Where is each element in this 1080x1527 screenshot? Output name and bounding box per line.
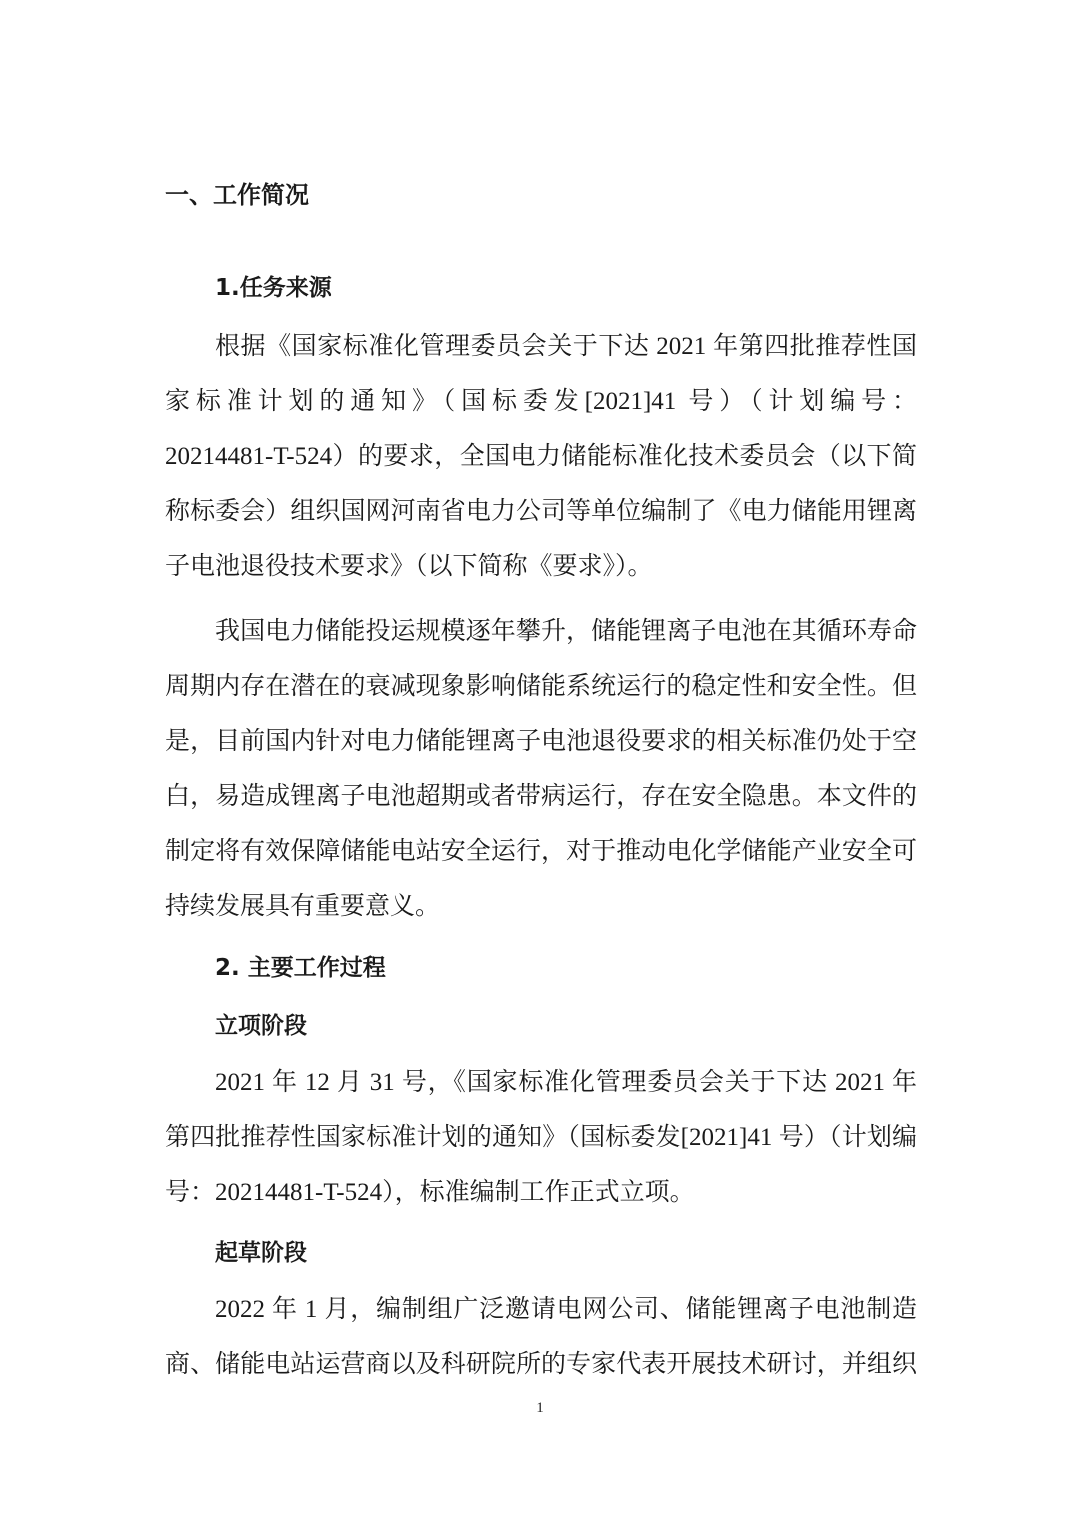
paragraph-line: 号：20214481-T-524），标准编制工作正式立项。: [165, 1178, 917, 1208]
paragraph-line: 制定将有效保障储能电站安全运行，对于推动电化学储能产业安全可: [165, 837, 917, 867]
paragraph-line: 家标准计划的通知》（国标委发[2021]41 号）（计划编号：: [165, 387, 917, 417]
paragraph-line: 称标委会）组织国网河南省电力公司等单位编制了《电力储能用锂离: [165, 497, 917, 527]
subsection-heading-task-source: 1.任务来源: [215, 273, 917, 303]
stage-heading-drafting: 起草阶段: [215, 1238, 917, 1268]
document-page: 一、工作简况 1.任务来源 根据《国家标准化管理委员会关于下达 2021 年第四…: [0, 0, 1080, 1527]
paragraph-line: 是，目前国内针对电力储能锂离子电池退役要求的相关标准仍处于空: [165, 727, 917, 757]
page-number: 1: [530, 1400, 550, 1417]
paragraph-line: 周期内存在潜在的衰减现象影响储能系统运行的稳定性和安全性。但: [165, 672, 917, 702]
paragraph-line: 白，易造成锂离子电池超期或者带病运行，存在安全隐患。本文件的: [165, 782, 917, 812]
paragraph-line: 商、储能电站运营商以及科研院所的专家代表开展技术研讨，并组织: [165, 1350, 917, 1380]
subsection-heading-main-process: 2. 主要工作过程: [215, 953, 917, 983]
paragraph-line: 第四批推荐性国家标准计划的通知》（国标委发[2021]41 号）（计划编: [165, 1123, 917, 1153]
paragraph-line: 根据《国家标准化管理委员会关于下达 2021 年第四批推荐性国: [215, 332, 917, 362]
paragraph-line: 子电池退役技术要求》（以下简称《要求》）。: [165, 552, 917, 582]
paragraph-line: 2022 年 1 月，编制组广泛邀请电网公司、储能锂离子电池制造: [215, 1295, 917, 1325]
paragraph-line: 持续发展具有重要意义。: [165, 892, 917, 922]
stage-heading-approval: 立项阶段: [215, 1011, 917, 1041]
paragraph-line: 2021 年 12 月 31 号，《国家标准化管理委员会关于下达 2021 年: [215, 1068, 917, 1098]
section-heading: 一、工作简况: [165, 180, 917, 210]
paragraph-line: 20214481-T-524）的要求，全国电力储能标准化技术委员会（以下简: [165, 442, 917, 472]
paragraph-line: 我国电力储能投运规模逐年攀升，储能锂离子电池在其循环寿命: [215, 617, 917, 647]
